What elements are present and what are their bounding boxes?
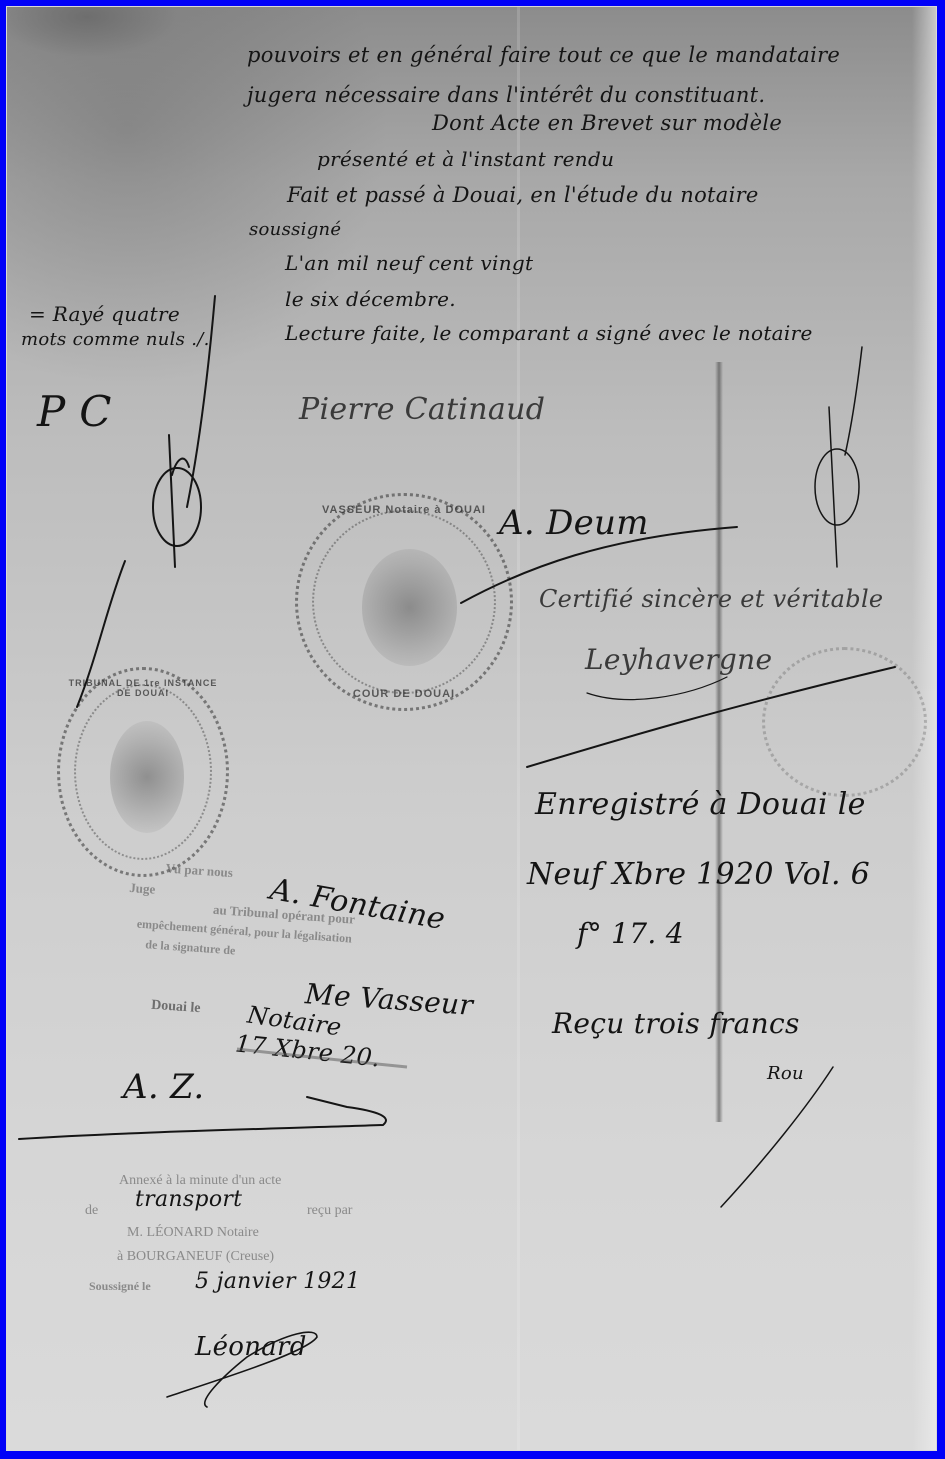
document-scan: pouvoirs et en général faire tout ce que… [6,6,937,1451]
pen-strokes [7,7,937,1451]
grease-smudge [237,1049,407,1067]
paraph-loop-icon [153,468,201,546]
